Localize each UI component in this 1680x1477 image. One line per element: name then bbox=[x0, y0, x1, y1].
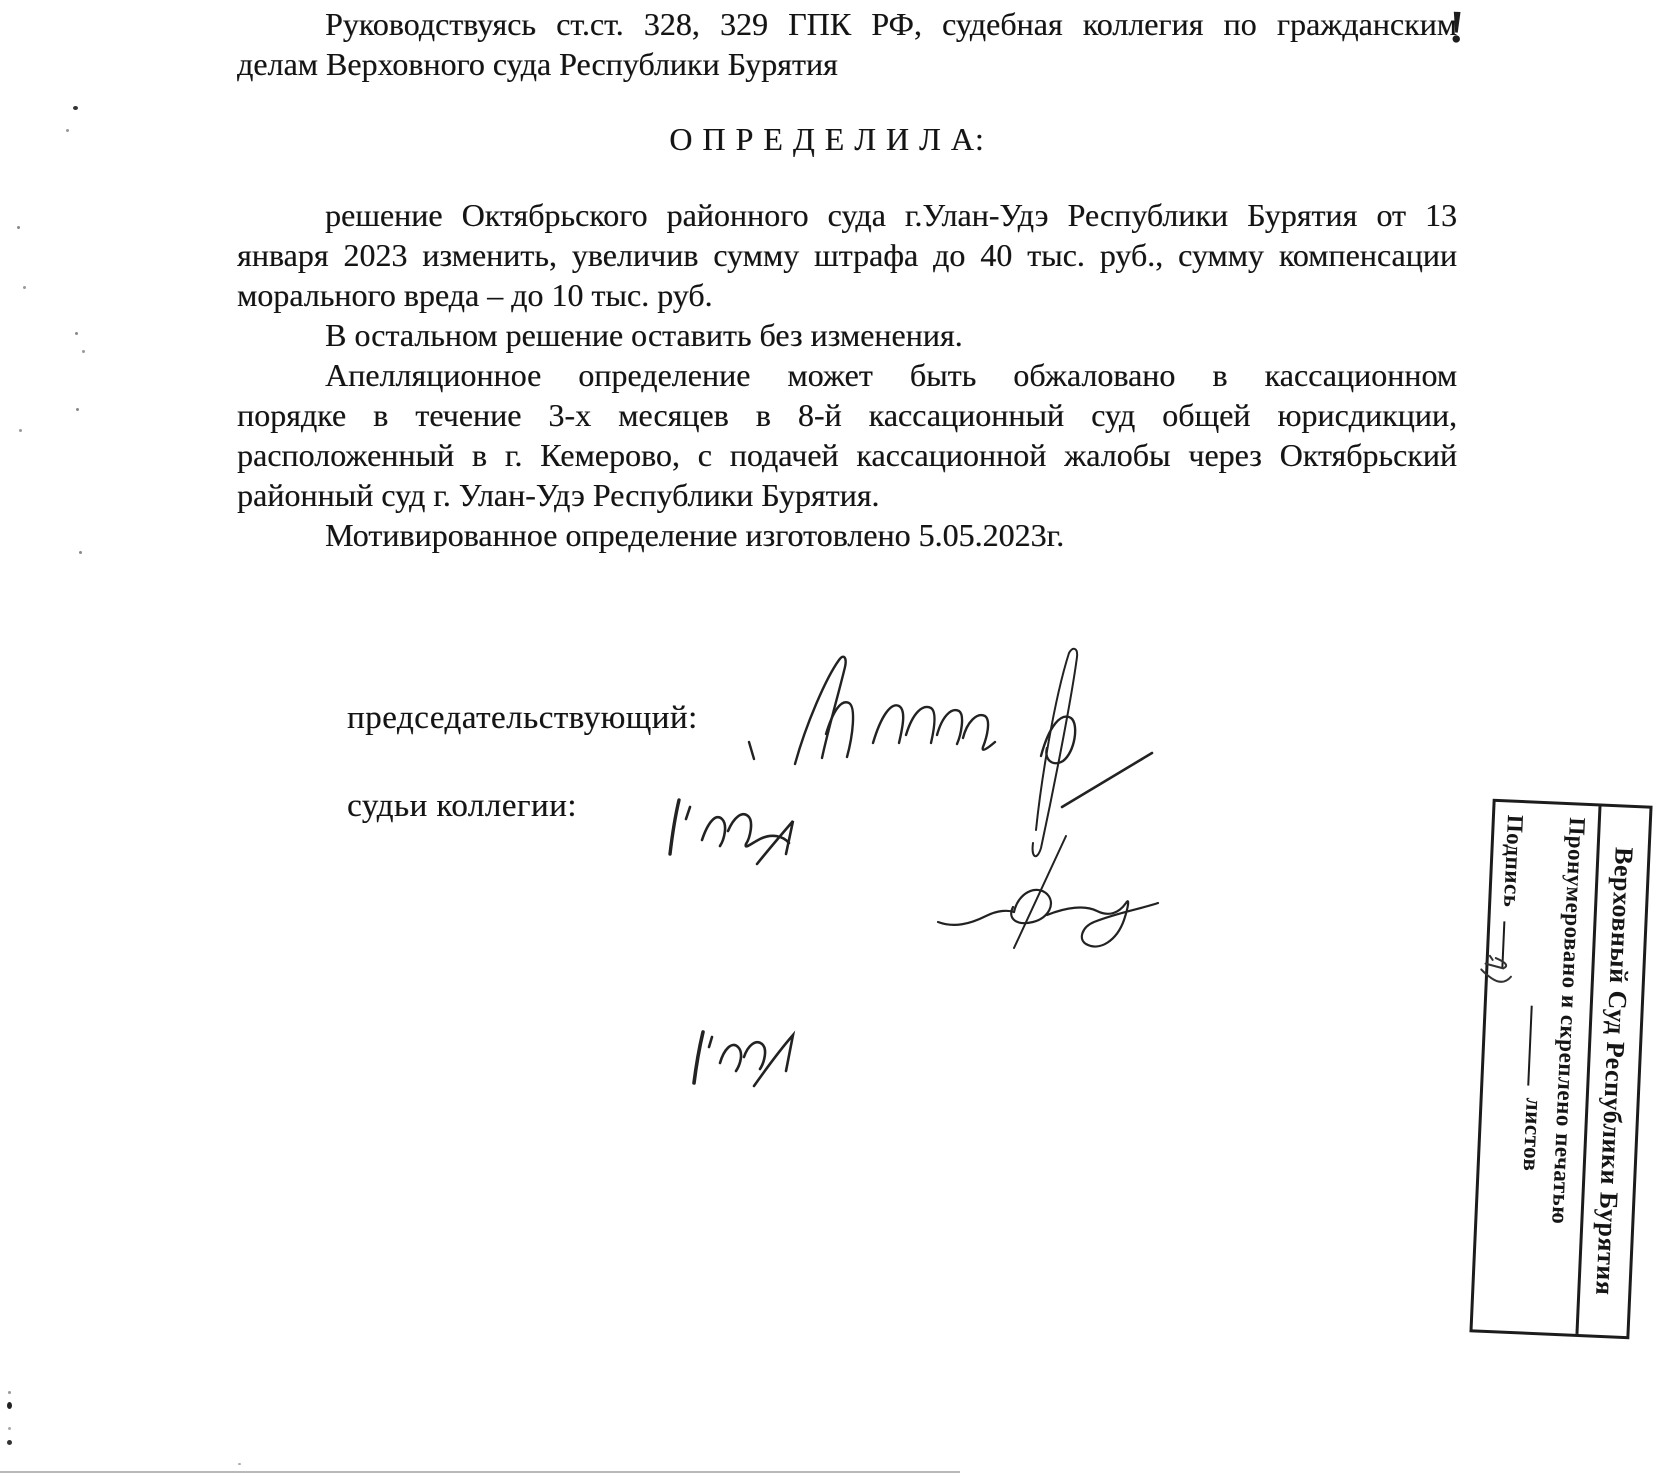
body-line: порядке в течение 3-х месяцев в 8-й касс… bbox=[237, 395, 1457, 435]
chair-label: председательствующий: bbox=[347, 700, 698, 737]
ruling-heading: О П Р Е Д Е Л И Л А: bbox=[237, 118, 1417, 160]
scan-edge-line bbox=[0, 1471, 960, 1473]
chair-signature bbox=[749, 649, 1152, 856]
scan-speck bbox=[23, 286, 26, 289]
judge-signature-3 bbox=[694, 1032, 793, 1086]
stamp-sheet-count-handwriting bbox=[1472, 951, 1520, 997]
scan-speck bbox=[66, 129, 69, 132]
scan-speck bbox=[7, 1402, 12, 1409]
stamp-body: Пронумеровано и скреплено печатью листов… bbox=[1468, 802, 1599, 1334]
body-line: Апелляционное определение может быть обж… bbox=[237, 355, 1457, 395]
body-line: решение Октябрьского районного суда г.Ул… bbox=[237, 195, 1457, 235]
scan-speck bbox=[75, 332, 78, 335]
body-line: Мотивированное определение изготовлено 5… bbox=[237, 515, 1457, 555]
body-line: В остальном решение оставить без изменен… bbox=[237, 315, 1457, 355]
scan-speck bbox=[17, 226, 20, 229]
judge-signature-1 bbox=[670, 800, 793, 864]
judges-label: судьи коллегии: bbox=[347, 788, 577, 825]
scan-speck bbox=[73, 106, 78, 110]
binder-stamp: Верховный Суд Республики Бурятия Пронуме… bbox=[1469, 799, 1652, 1339]
margin-exclamation-mark: ! bbox=[1448, 0, 1465, 53]
stamp-signature-label: Подпись bbox=[1499, 814, 1528, 908]
document-page: Руководствуясь ст.ст. 328, 329 ГПК РФ, с… bbox=[0, 0, 1680, 1477]
intro-paragraph: Руководствуясь ст.ст. 328, 329 ГПК РФ, с… bbox=[237, 4, 1457, 84]
scan-speck bbox=[79, 551, 82, 554]
stamp-sheets-label: листов bbox=[1519, 1097, 1547, 1172]
ruling-body: решение Октябрьского районного суда г.Ул… bbox=[237, 195, 1457, 555]
scan-speck bbox=[76, 408, 79, 411]
scan-speck bbox=[19, 429, 22, 432]
scan-speck bbox=[8, 1427, 11, 1430]
scan-speck bbox=[7, 1440, 12, 1445]
body-line: января 2023 изменить, увеличив сумму штр… bbox=[237, 235, 1457, 275]
scan-speck bbox=[238, 1463, 241, 1465]
judge-signature-2 bbox=[938, 836, 1158, 948]
body-line: морального вреда – до 10 тыс. руб. bbox=[237, 275, 1457, 315]
sheets-blank-line bbox=[1527, 1006, 1552, 1087]
scan-speck bbox=[8, 1391, 11, 1394]
intro-line: Руководствуясь ст.ст. 328, 329 ГПК РФ, с… bbox=[237, 4, 1457, 44]
scan-speck bbox=[82, 350, 85, 353]
intro-line: делам Верховного суда Республики Бурятия bbox=[237, 44, 1457, 84]
body-line: расположенный в г. Кемерово, с подачей к… bbox=[237, 435, 1457, 475]
body-line: районный суд г. Улан-Удэ Республики Буря… bbox=[237, 475, 1457, 515]
